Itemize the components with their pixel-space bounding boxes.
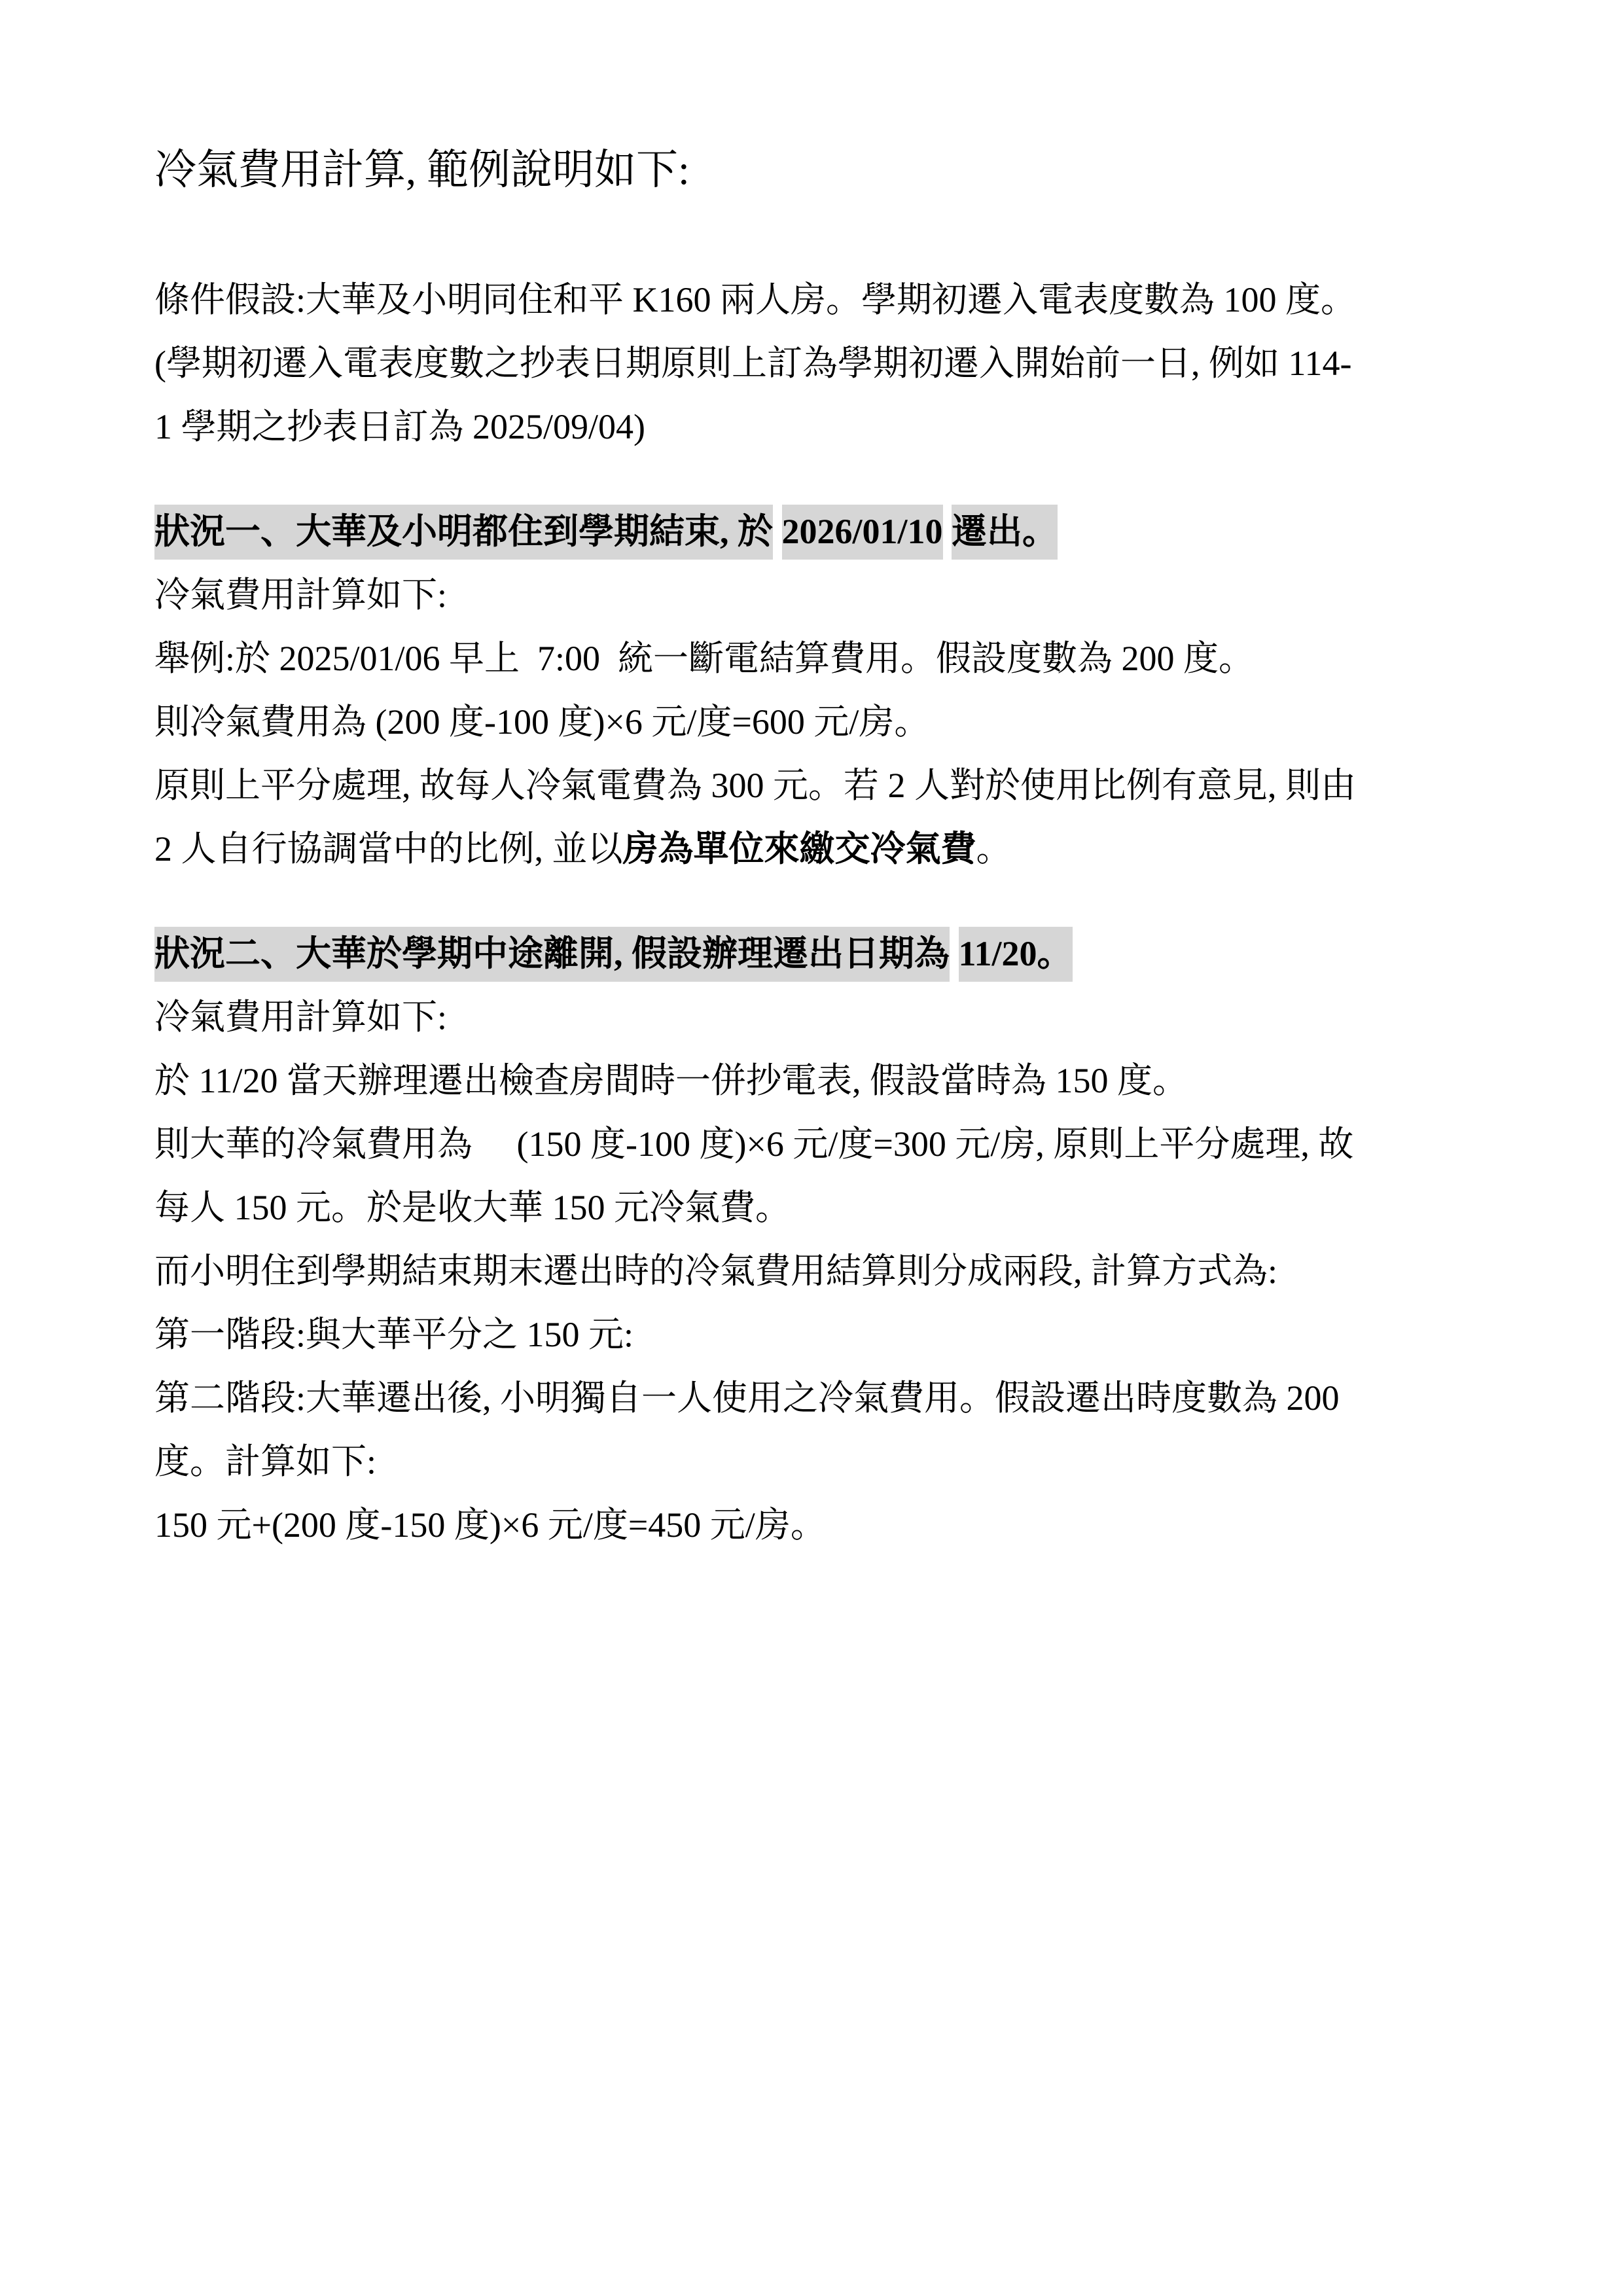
scenario-2-line-2: 於 11/20 當天辦理遷出檢查房間時一併抄電表, 假設當時為 150 度。 bbox=[154, 1049, 1469, 1113]
intro-line-2: (學期初遷入電表度數之抄表日期原則上訂為學期初遷入開始前一日, 例如 114- bbox=[154, 332, 1469, 395]
scenario-1-line-2: 舉例:於 2025/01/06 早上 7:00 統一斷電結算費用。假設度數為 2… bbox=[154, 627, 1469, 691]
text-run: 明如下: bbox=[552, 147, 690, 193]
text-run bbox=[943, 512, 952, 551]
text-run: 而小明住到學期結束期末遷出時的冷氣費用結算則分成兩段, 計算方式為: bbox=[154, 1251, 1277, 1291]
highlighted-text-run: 狀況一、大華及小明都住到學期結束, 於 bbox=[154, 505, 773, 560]
highlighted-text-run: 遷出。 bbox=[952, 505, 1058, 560]
fallback-glyph-run: 查 bbox=[534, 1061, 569, 1100]
intro-line-3: 1 學期之抄表日訂為 2025/09/04) bbox=[154, 395, 1469, 459]
text-run: 。 bbox=[976, 829, 1012, 869]
scenario-2-line-7: 第二階段:大華遷出後, 小明獨自一人使用之冷氣費用。假設遷出時度數為 200 bbox=[154, 1367, 1469, 1430]
text-run: 房間時一併抄電表, 假設當時為 150 度。 bbox=[569, 1061, 1188, 1100]
scenario-1-line-5: 2 人自行協調當中的比例, 並以房為單位來繳交冷氣費。 bbox=[154, 817, 1469, 881]
text-run: 則冷氣費用為 (200 度-100 度)×6 元/度=600 元/房。 bbox=[154, 702, 929, 742]
text-run: 條件假設:大華及小明同住和平 K160 兩人房。學期初遷入電表度數為 100 度… bbox=[154, 280, 1356, 319]
text-run: 第二階段:大華遷出後, 小明獨自一人使用之冷氣費用。假設遷出時度數為 200 bbox=[154, 1378, 1340, 1418]
document-body: 條件假設:大華及小明同住和平 K160 兩人房。學期初遷入電表度數為 100 度… bbox=[154, 268, 1469, 1557]
text-run: 舉例:於 2025/01/06 早上 7:00 統一斷電結算費用。假設度數為 2… bbox=[154, 639, 1254, 678]
scenario-2-line-8: 度。計算如下: bbox=[154, 1430, 1469, 1494]
text-run: 度。計算如下: bbox=[154, 1442, 376, 1481]
scenario-2-heading: 狀況二、大華於學期中途離開, 假設辦理遷出日期為 11/20。 bbox=[154, 922, 1469, 986]
text-run: 冷氣費用計算, 範例 bbox=[154, 147, 510, 193]
intro-line-1: 條件假設:大華及小明同住和平 K160 兩人房。學期初遷入電表度數為 100 度… bbox=[154, 268, 1469, 332]
scenario-2-line-9: 150 元+(200 度-150 度)×6 元/度=450 元/房。 bbox=[154, 1494, 1469, 1557]
text-run: 則大華的冷氣費用為 (150 度-100 度)×6 元/度=300 元/房, 原… bbox=[154, 1124, 1353, 1164]
text-run: 房為單位來繳交冷氣費 bbox=[623, 829, 976, 869]
text-run bbox=[773, 512, 782, 551]
text-run: 冷氣費用計算如下: bbox=[154, 575, 447, 615]
text-run bbox=[950, 934, 959, 973]
scenario-1-line-3: 則冷氣費用為 (200 度-100 度)×6 元/度=600 元/房。 bbox=[154, 691, 1469, 754]
text-run: 於 11/20 當天辦理遷出檢 bbox=[154, 1061, 534, 1100]
text-run: 2 人自行協調當中的比例, 並以 bbox=[154, 829, 623, 869]
scenario-2-line-1: 冷氣費用計算如下: bbox=[154, 986, 1469, 1049]
scenario-2-line-6: 第一階段:與大華平分之 150 元: bbox=[154, 1303, 1469, 1367]
scenario-1-line-1: 冷氣費用計算如下: bbox=[154, 564, 1469, 627]
blank-line bbox=[154, 459, 1469, 500]
text-run: 原則上平分處理, 故每人冷氣電費為 300 元。若 2 人對於使用比例有意見, … bbox=[154, 766, 1356, 805]
fallback-glyph-run: 說 bbox=[510, 147, 552, 193]
blank-line bbox=[154, 881, 1469, 922]
text-run: 150 元+(200 度-150 度)×6 元/度=450 元/房。 bbox=[154, 1505, 826, 1545]
text-run: 1 學期之抄表日訂為 2025/09/04) bbox=[154, 407, 645, 446]
text-run: 第一階段:與大華平分之 150 元: bbox=[154, 1315, 633, 1354]
highlighted-text-run: 2026/01/10 bbox=[782, 505, 943, 560]
document-page: 冷氣費用計算, 範例說明如下: 條件假設:大華及小明同住和平 K160 兩人房。… bbox=[0, 0, 1623, 2296]
document-title: 冷氣費用計算, 範例說明如下: bbox=[154, 124, 1469, 216]
highlighted-text-run: 11/20。 bbox=[959, 927, 1073, 982]
scenario-2-line-5: 而小明住到學期結束期末遷出時的冷氣費用結算則分成兩段, 計算方式為: bbox=[154, 1240, 1469, 1303]
scenario-2-line-3: 則大華的冷氣費用為 (150 度-100 度)×6 元/度=300 元/房, 原… bbox=[154, 1113, 1469, 1176]
text-run: (學期初遷入電表度數之抄表日期原則上訂為學期初遷入開始前一日, 例如 114- bbox=[154, 344, 1351, 383]
scenario-1-line-4: 原則上平分處理, 故每人冷氣電費為 300 元。若 2 人對於使用比例有意見, … bbox=[154, 754, 1469, 817]
text-run: 每人 150 元。於是收大華 150 元冷氣費。 bbox=[154, 1188, 791, 1227]
scenario-1-heading: 狀況一、大華及小明都住到學期結束, 於 2026/01/10 遷出。 bbox=[154, 500, 1469, 564]
highlighted-text-run: 狀況二、大華於學期中途離開, 假設辦理遷出日期為 bbox=[154, 927, 950, 982]
text-run: 冷氣費用計算如下: bbox=[154, 997, 447, 1037]
scenario-2-line-4: 每人 150 元。於是收大華 150 元冷氣費。 bbox=[154, 1176, 1469, 1240]
